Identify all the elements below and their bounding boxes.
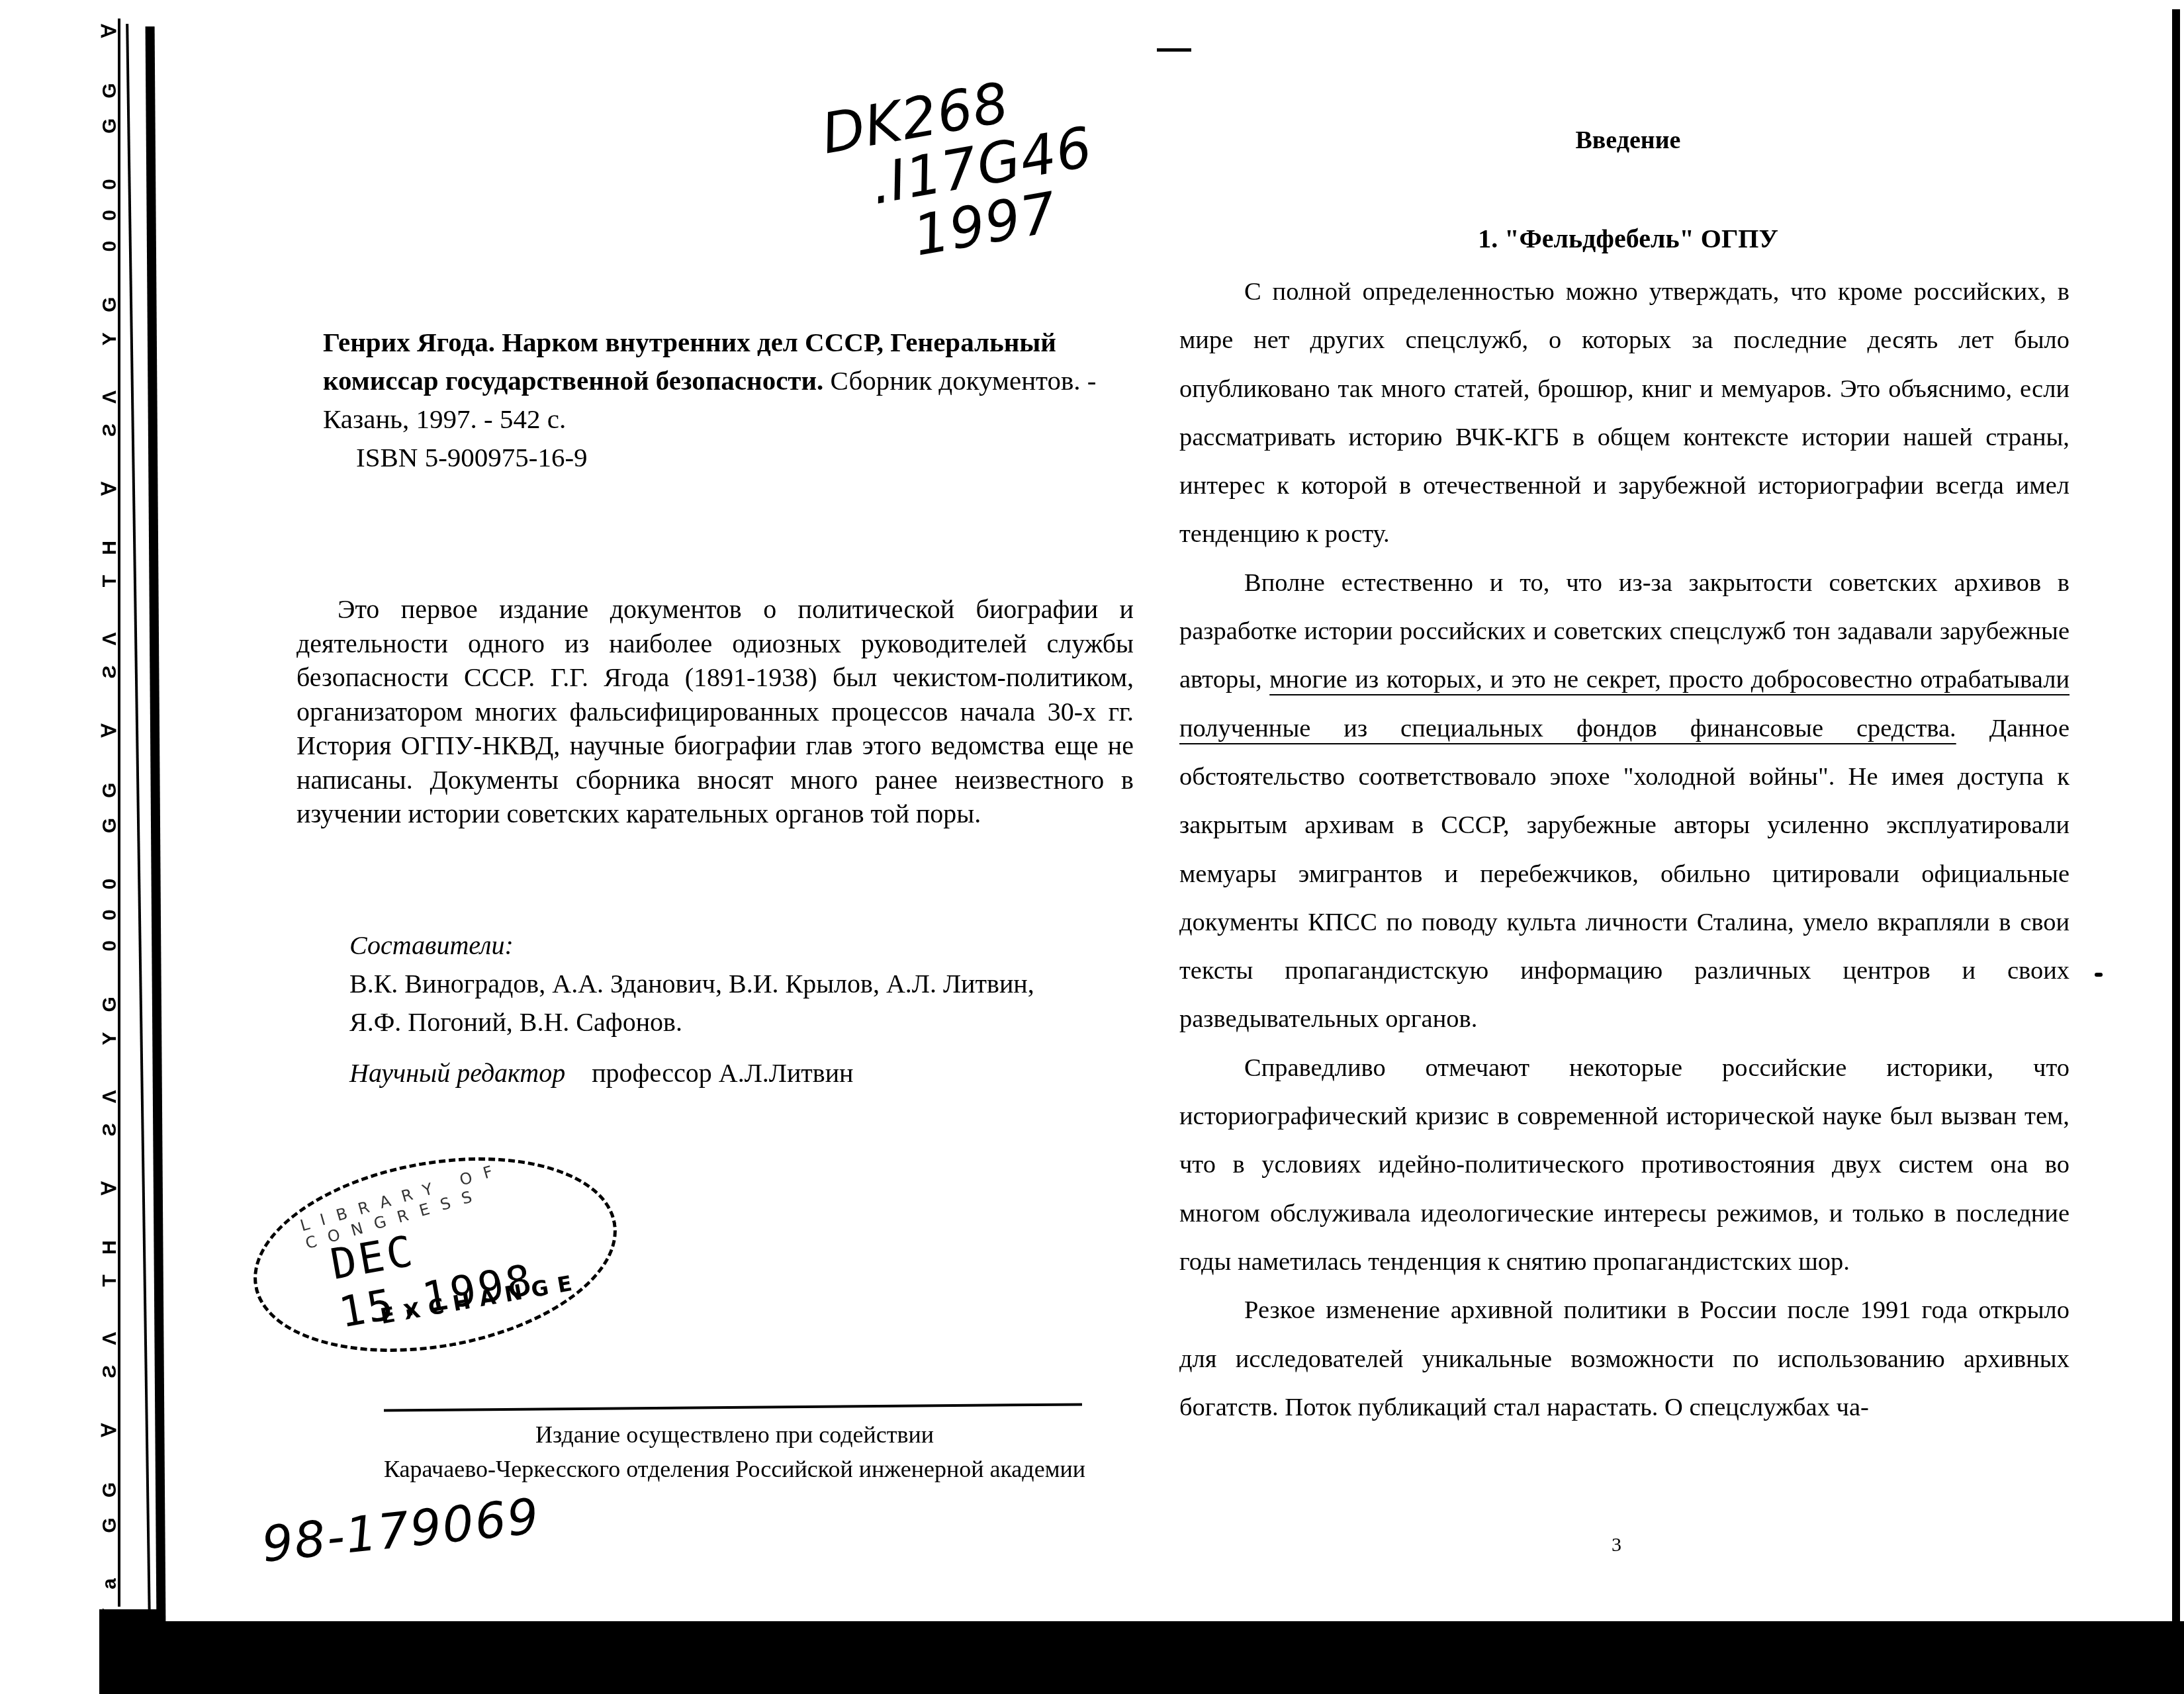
top-dash-mark — [1157, 48, 1191, 52]
library-date-stamp: LIBRARY OF CONGRESS DEC 15.1998 EXCHANGE — [238, 1131, 633, 1378]
section-heading: 1. "Фельдфебель" ОГПУ — [1165, 223, 2091, 254]
scientific-editor: Научный редактор профессор А.Л.Литвин — [349, 1057, 854, 1089]
underlined-passage: многие из которых, и это не секрет, прос… — [1179, 666, 2070, 742]
editor-label: Научный редактор — [349, 1058, 565, 1088]
spine-label-text: Ya GG ∀ ƧɅ TH ∀ ƧɅ YG 000 GG ∀ ƧɅ TH ∀ Ƨ… — [98, 20, 119, 1621]
editor-name: профессор А.Л.Литвин — [592, 1058, 853, 1088]
paragraph: Вполне естественно и то, что из-за закры… — [1179, 559, 2070, 1044]
sponsor-line: Издание осуществлено при содействии — [384, 1417, 1085, 1452]
handwritten-accession-number: 98-179069 — [259, 1488, 543, 1574]
compilers-label: Составители: — [349, 926, 1144, 965]
compilers-block: Составители: В.К. Виноградов, А.А. Здано… — [349, 926, 1144, 1042]
book-annotation: Это первое издание документов о политиче… — [296, 592, 1134, 831]
sponsor-note: Издание осуществлено при содействии Кара… — [384, 1417, 1085, 1486]
page-number: 3 — [1612, 1534, 1621, 1556]
horizontal-rule — [384, 1403, 1082, 1411]
paragraph: С полной определенностью можно утверждат… — [1179, 268, 2070, 559]
handwritten-call-number: DK268 .I17G46 1997 — [817, 60, 1107, 278]
bibliographic-record: Генрих Ягода. Нарком внутренних дел СССР… — [323, 323, 1117, 476]
right-scan-edge — [2172, 9, 2180, 1624]
scan-artifact — [2095, 973, 2103, 977]
isbn: ISBN 5-900975-16-9 — [323, 438, 1117, 476]
paragraph-text: Данное обстоятельство соответствовало эп… — [1179, 715, 2070, 1034]
paragraph: Справедливо отмечают некоторые российски… — [1179, 1044, 2070, 1286]
chapter-heading: Введение — [1165, 126, 2091, 155]
sponsor-line: Карачаево-Черкесского отделения Российск… — [384, 1452, 1085, 1486]
compilers-names: В.К. Виноградов, А.А. Зданович, В.И. Кры… — [349, 965, 1144, 1003]
compilers-names: Я.Ф. Погоний, В.Н. Сафонов. — [349, 1003, 1144, 1042]
body-text: С полной определенностью можно утверждат… — [1179, 268, 2070, 1432]
annotation-text: Это первое издание документов о политиче… — [296, 592, 1134, 831]
scan-bottom-border — [99, 1621, 2184, 1694]
page-gutter-shadow-dark — [146, 26, 166, 1621]
paragraph: Резкое изменение архивной политики в Рос… — [1179, 1286, 2070, 1432]
